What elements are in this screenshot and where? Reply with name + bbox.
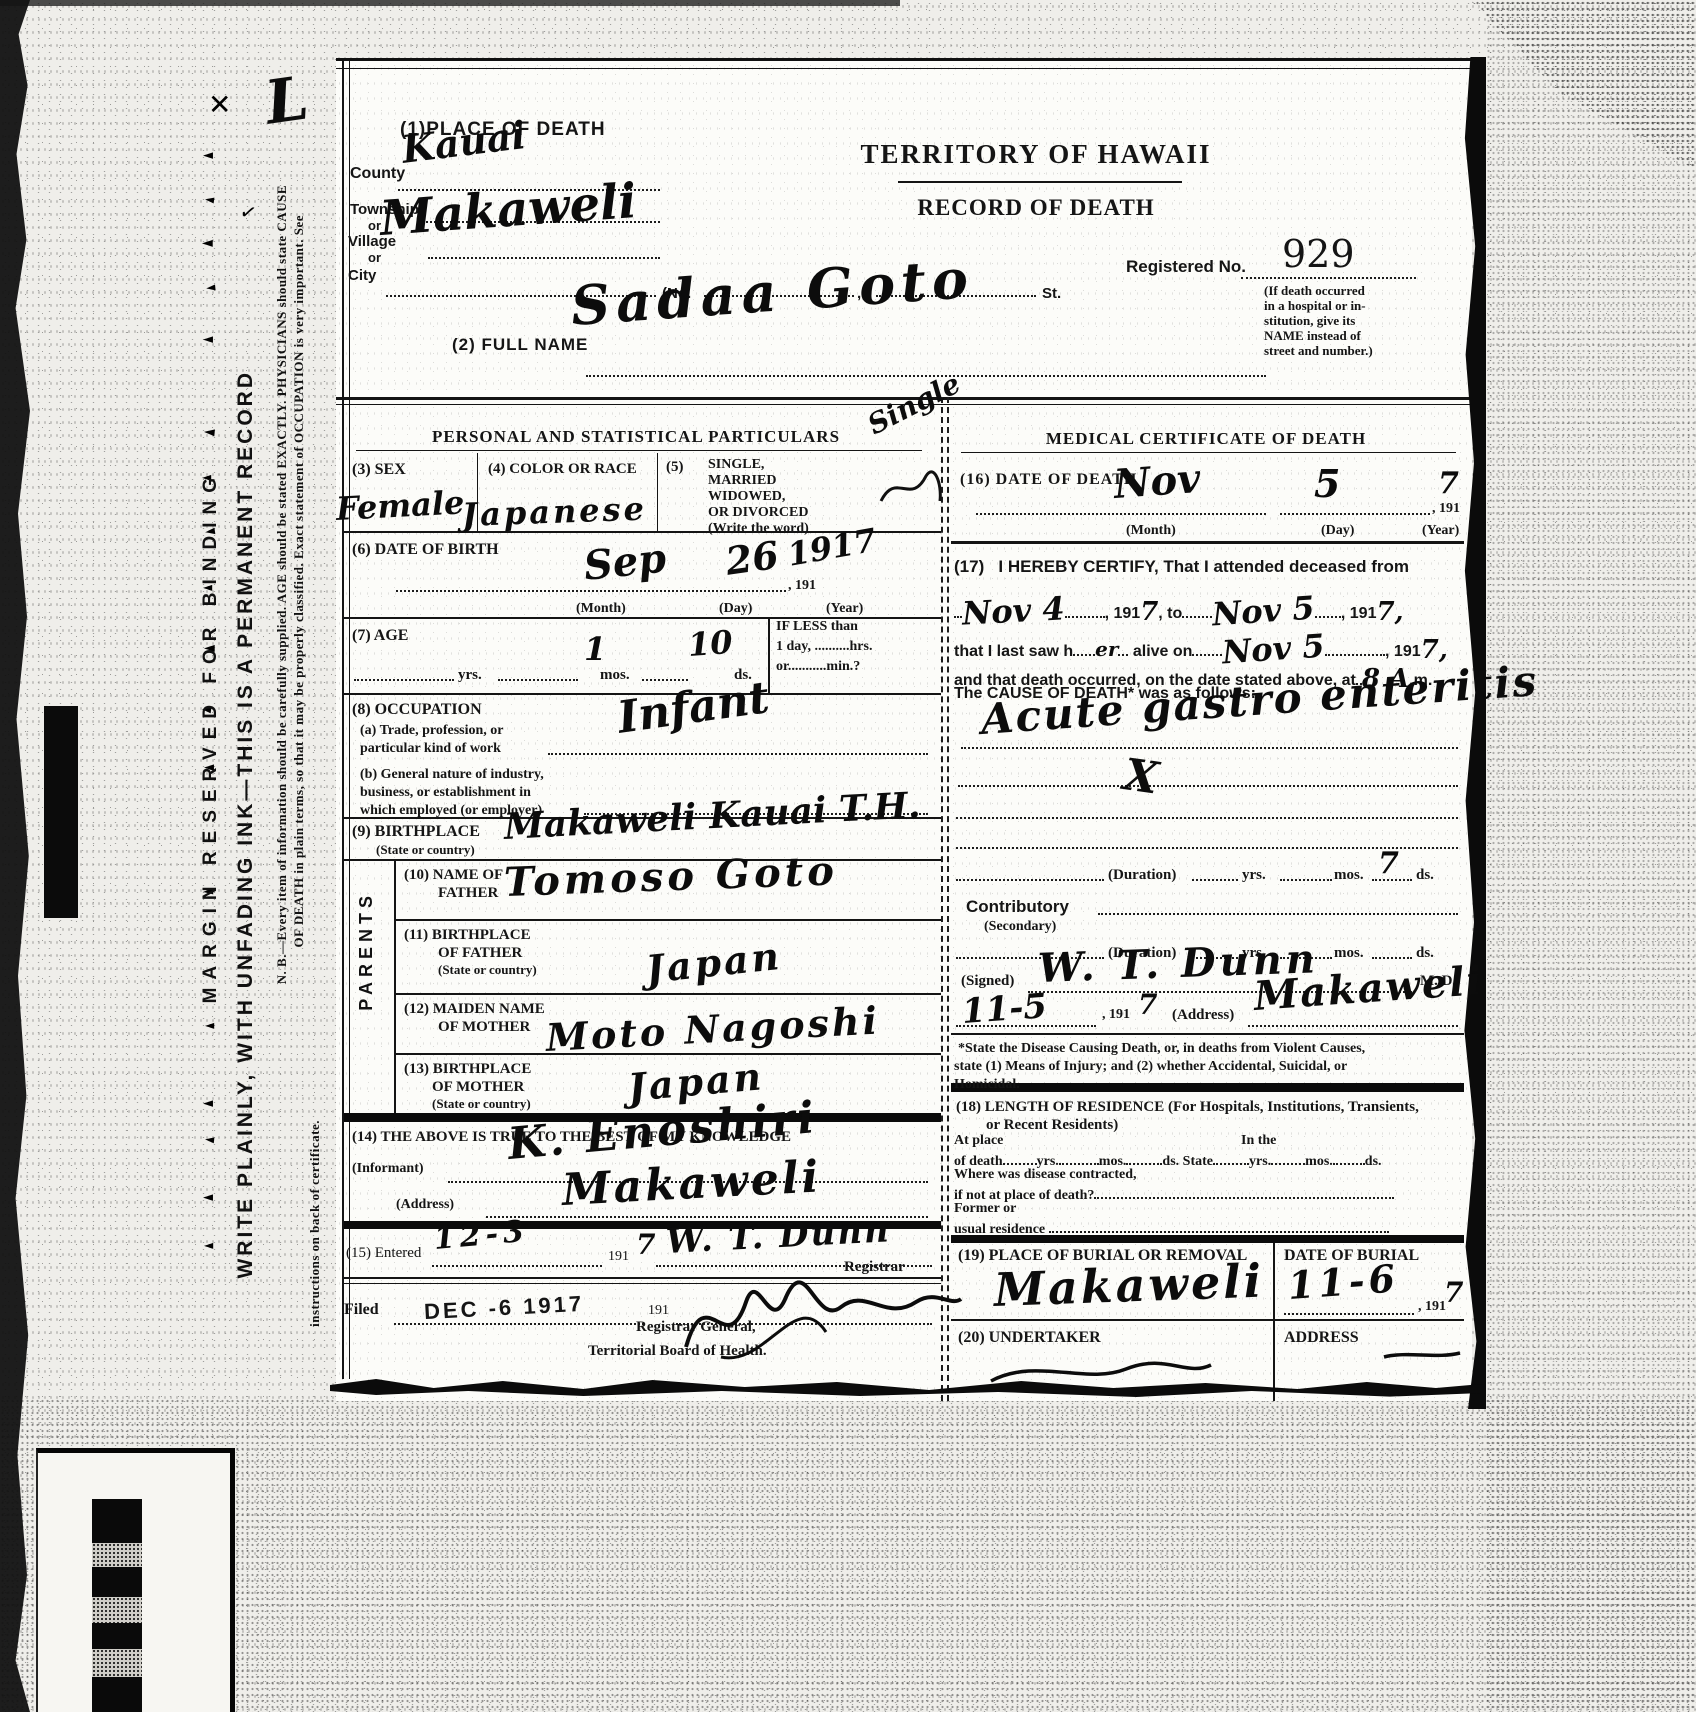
race-label: (4) COLOR OR RACE — [488, 461, 637, 478]
right-section-title: MEDICAL CERTIFICATE OF DEATH — [966, 429, 1446, 449]
registered-no-note: (If death occurred in a hospital or in- … — [1264, 283, 1424, 358]
occupation-a-line1: (a) Trade, profession, or — [360, 723, 504, 739]
former-line1: Former or — [954, 1201, 1016, 1217]
cert-bottom-torn-edge — [330, 1377, 1482, 1397]
margin-tick-icon: ◄ — [202, 235, 213, 251]
signed-year-printed: , 191 — [1102, 1007, 1130, 1023]
calibration-box — [36, 1448, 235, 1712]
burial-date-line — [1284, 1313, 1414, 1315]
signed-address-label: (Address) — [1172, 1007, 1234, 1024]
dod-day-line — [1280, 513, 1430, 515]
former-line2: usual residence — [954, 1218, 1389, 1238]
dod-month-line — [976, 513, 1266, 515]
scan-top-edge-line — [0, 0, 900, 6]
marital-label: SINGLE, MARRIED WIDOWED, OR DIVORCED (Wr… — [708, 457, 809, 537]
address-mark — [1382, 1347, 1462, 1363]
parents-vertical-label: PARENTS — [356, 891, 377, 1011]
parents-line-2 — [394, 993, 941, 995]
scan-bottom-noise — [0, 1398, 1696, 1712]
duration1-yrs: yrs. — [1242, 867, 1266, 884]
contributory-line — [1098, 913, 1458, 915]
parents-line-1 — [394, 919, 941, 921]
age-yrs-line — [354, 679, 454, 681]
entered-date-value: 12-3 — [433, 1217, 530, 1255]
scanned-death-certificate: ◄ ◄ ◄ ◄ ◄ ◄ ◄ ◄ ◄ ◄ ◄ ◄ ◄ ◄ ◄ ◄ ◄ ◄ ✓ ✕ … — [0, 0, 1696, 1712]
age-mos-value: 1 — [584, 633, 606, 665]
dob-month-caption: (Month) — [576, 601, 626, 617]
duration1-lead-line — [956, 879, 1104, 881]
secondary-label: (Secondary) — [984, 919, 1056, 935]
mother-bp-label3: (State or country) — [432, 1097, 531, 1112]
footnote-line3: Homicidal. — [954, 1077, 1020, 1093]
dob-year-printed: , 191 — [788, 578, 816, 594]
binder-tab-mark — [44, 706, 78, 918]
dob-line — [396, 590, 786, 592]
dod-month-value: Nov — [1113, 459, 1202, 505]
dob-label: (6) DATE OF BIRTH — [352, 541, 499, 559]
mother-bp-label1: (13) BIRTHPLACE — [404, 1061, 531, 1078]
duration1-mos-line — [1280, 879, 1332, 881]
father-bp-label2: OF FATHER — [438, 945, 522, 962]
dod-year-caption: (Year) — [1422, 523, 1459, 539]
duration2-ds-line — [1372, 957, 1412, 959]
registrar-signature: W. T. Dunn — [665, 1213, 891, 1259]
burial-bottom-rule — [951, 1319, 1464, 1321]
cause-line-1 — [961, 747, 1458, 749]
margin-binding-note: MARGIN RESERVED FOR BINDING — [200, 470, 222, 1003]
contracted-line2: if not at place of death? — [954, 1184, 1394, 1204]
duration1-ds-value: 7 — [1378, 849, 1399, 879]
race-value: Japanese — [461, 493, 647, 531]
father-bp-label3: (State or country) — [438, 963, 537, 978]
margin-tick-icon: ◄ — [204, 1238, 213, 1252]
margin-nb-note-line1: N. B.—Every item of information should b… — [274, 185, 290, 984]
left-title-underline — [356, 450, 922, 451]
birthplace-value: Makaweli Kauai T.H. — [503, 787, 921, 845]
father-bp-value: Japan — [644, 937, 784, 989]
margin-tick-icon: ◄ — [204, 191, 215, 206]
burial-place-value: Makaweli — [993, 1258, 1265, 1313]
cert-top-border-inner — [336, 68, 1472, 69]
corner-pen-letter: L — [262, 68, 312, 133]
left-section-title: PERSONAL AND STATISTICAL PARTICULARS — [376, 427, 896, 447]
full-name-line — [586, 375, 1266, 377]
scan-left-edge-band — [0, 0, 30, 1712]
residence-title2: or Recent Residents) — [986, 1117, 1118, 1134]
filed-label: Filed — [344, 1301, 379, 1319]
marital-number: (5) — [666, 459, 684, 476]
cause-x-mark: X — [1121, 753, 1161, 801]
if-less-line3: or...........min.? — [776, 659, 860, 675]
contracted-line1: Where was disease contracted, — [954, 1167, 1137, 1183]
scan-top-right-blotch — [1470, 0, 1696, 170]
dod-year-printed: , 191 — [1432, 501, 1460, 517]
margin-tick-icon: ◄ — [203, 1190, 213, 1205]
undertaker-mark — [986, 1357, 1216, 1391]
father-name-label1: (10) NAME OF — [404, 867, 503, 884]
margin-tick-icon: ◄ — [205, 1018, 214, 1032]
mother-name-value: Moto Nagoshi — [545, 1002, 881, 1057]
margin-permanent-record-note: WRITE PLAINLY, WITH UNFADING INK—THIS IS… — [234, 370, 258, 1279]
dod-day-caption: (Day) — [1321, 523, 1354, 539]
age-mos-caption: mos. — [600, 667, 630, 684]
margin-tick-icon: ◄ — [203, 332, 213, 347]
dob-month-value: Sep — [582, 539, 668, 587]
sex-label: (3) SEX — [352, 461, 406, 479]
dod-day-value: 5 — [1314, 465, 1340, 503]
dod-month-caption: (Month) — [1126, 523, 1176, 539]
right-thick-bar-1 — [951, 1083, 1464, 1092]
entered-date-line — [432, 1265, 602, 1267]
occupation-b-line1: (b) General nature of industry, — [360, 767, 544, 783]
full-name-value: Sadaa Goto — [569, 251, 975, 333]
city-label: City — [348, 267, 376, 284]
occupation-label: (8) OCCUPATION — [352, 701, 482, 719]
certify-line2: Nov 4, 1917, toNov 5, 1917, — [954, 589, 1404, 626]
signed-label: (Signed) — [961, 973, 1014, 990]
burial-year-printed: , 191 — [1418, 1299, 1446, 1315]
age-ds-line — [642, 679, 688, 681]
margin-tick-icon: ◄ — [203, 1096, 213, 1111]
certificate-form: (1)PLACE OF DEATH County Kauai Township … — [336, 58, 1472, 1401]
marital-flourish — [876, 461, 946, 511]
mother-name-label1: (12) MAIDEN NAME — [404, 1001, 545, 1018]
birthplace-label: (9) BIRTHPLACE — [352, 823, 480, 841]
dod-label: (16) DATE OF DEATH — [960, 471, 1137, 489]
if-less-line1: IF LESS than — [776, 619, 858, 635]
father-name-label2: FATHER — [438, 885, 498, 902]
informant-address-label: (Address) — [396, 1197, 454, 1213]
cause-line-3 — [956, 817, 1458, 819]
registered-no-label: Registered No. — [1126, 257, 1246, 277]
duration1-mos: mos. — [1334, 867, 1364, 884]
undertaker-address-label: ADDRESS — [1284, 1329, 1359, 1347]
burial-date-value: 11-6 — [1287, 1259, 1400, 1305]
race-marital-divider — [657, 453, 658, 531]
village-line — [428, 257, 660, 259]
entered-year-printed: 191 — [608, 1249, 629, 1265]
territory-title: TERRITORY OF HAWAII — [756, 139, 1316, 170]
residence-title1: (18) LENGTH OF RESIDENCE (For Hospitals,… — [956, 1099, 1419, 1116]
age-yrs-caption: yrs. — [458, 667, 482, 684]
cert-left-border-outer — [342, 61, 344, 1379]
signed-year-digit: 7 — [1138, 991, 1157, 1019]
entered-year-digit: 7 — [636, 1231, 655, 1259]
father-bp-label1: (11) BIRTHPLACE — [404, 927, 531, 944]
column-divider-inner — [947, 397, 949, 1401]
margin-tick-icon: ◄ — [203, 424, 215, 441]
duration1-yrs-line — [1192, 879, 1238, 881]
filed-date-stamp: DEC -6 1917 — [423, 1291, 584, 1325]
village-or: or — [368, 251, 381, 266]
certify-line3: that I last saw her alive onNov 5, 1917, — [954, 627, 1448, 664]
duration1-label: (Duration) — [1108, 867, 1176, 884]
margin-tick-icon: ◄ — [203, 148, 213, 163]
cert-right-torn-edge — [1462, 57, 1486, 1409]
occupation-value: Infant — [615, 676, 772, 741]
record-of-death-title: RECORD OF DEATH — [756, 195, 1316, 221]
burial-year-digit: 7 — [1444, 1279, 1463, 1307]
pencil-check-icon: ✓ — [238, 199, 259, 226]
occupation-b-line2: business, or establishment in — [360, 785, 531, 801]
occupation-a-line2: particular kind of work — [360, 741, 501, 757]
margin-nb-note-line2: OF DEATH in plain terms, so that it may … — [291, 215, 307, 948]
signed-date-value: 11-5 — [961, 989, 1048, 1029]
undertaker-label: (20) UNDERTAKER — [958, 1329, 1101, 1347]
county-label: County — [350, 165, 405, 183]
age-ds-value: 10 — [687, 626, 734, 661]
burial-divider — [1273, 1243, 1275, 1401]
registrar-general-signature — [666, 1257, 966, 1367]
footnote-line1: *State the Disease Causing Death, or, in… — [958, 1041, 1365, 1057]
contributory-label: Contributory — [966, 897, 1069, 917]
footnote-line2: state (1) Means of Injury; and (2) wheth… — [954, 1059, 1347, 1075]
duration1-ds: ds. — [1416, 867, 1434, 884]
registered-no-value: 929 — [1282, 233, 1355, 277]
occupation-a-line — [548, 753, 928, 755]
in-the-label: In the — [1241, 1133, 1276, 1149]
title-divider — [898, 181, 1182, 183]
mother-name-label2: OF MOTHER — [438, 1019, 530, 1036]
registered-no-line — [1241, 277, 1416, 279]
saw-pronoun: er — [1095, 637, 1118, 661]
scan-right-noise — [1486, 0, 1696, 1712]
at-place-label: At place — [954, 1133, 1003, 1149]
age-ifless-divider — [768, 619, 770, 693]
informant-address-value: Makaweli — [561, 1155, 822, 1213]
right-title-underline — [961, 452, 1456, 453]
street-label: St. — [1042, 285, 1061, 302]
footnote-top-rule — [951, 1033, 1464, 1035]
birthplace-sublabel: (State or country) — [376, 843, 475, 858]
full-name-label: (2) FULL NAME — [452, 335, 588, 355]
township-or: or — [368, 219, 381, 234]
signed-address-line — [1248, 1025, 1458, 1027]
margin-nb-note-line3: instructions on back of certificate. — [307, 1120, 323, 1327]
father-name-value: Tomoso Goto — [503, 851, 838, 903]
dob-day-value: 26 — [723, 536, 781, 581]
sex-value: Female — [335, 486, 465, 525]
duration2-mos: mos. — [1334, 945, 1364, 962]
certify-line1: (17) I HEREBY CERTIFY, That I attended d… — [954, 557, 1409, 577]
margin-tick-icon: ◄ — [204, 1132, 215, 1147]
dod-bottom-rule — [951, 541, 1464, 544]
if-less-line2: 1 day, ..........hrs. — [776, 639, 872, 655]
parents-inner-border — [394, 859, 396, 1113]
calibration-step-wedge — [92, 1499, 142, 1712]
entered-label: (15) Entered — [346, 1245, 421, 1262]
age-label: (7) AGE — [352, 627, 408, 645]
mother-bp-label2: OF MOTHER — [432, 1079, 524, 1096]
dod-year-digit: 7 — [1438, 469, 1459, 499]
dob-year-caption: (Year) — [826, 601, 863, 617]
cause-line-2 — [958, 785, 1458, 787]
dob-day-caption: (Day) — [719, 601, 752, 617]
pencil-x-icon: ✕ — [208, 88, 231, 121]
age-mos-line — [498, 679, 578, 681]
village-value: Makaweli — [378, 177, 638, 243]
informant-label: (Informant) — [352, 1161, 424, 1177]
margin-tick-icon: ◄ — [205, 280, 216, 295]
column-divider-outer — [941, 397, 943, 1401]
cert-left-border-inner — [349, 61, 350, 1379]
county-value: Kauai — [400, 116, 528, 169]
